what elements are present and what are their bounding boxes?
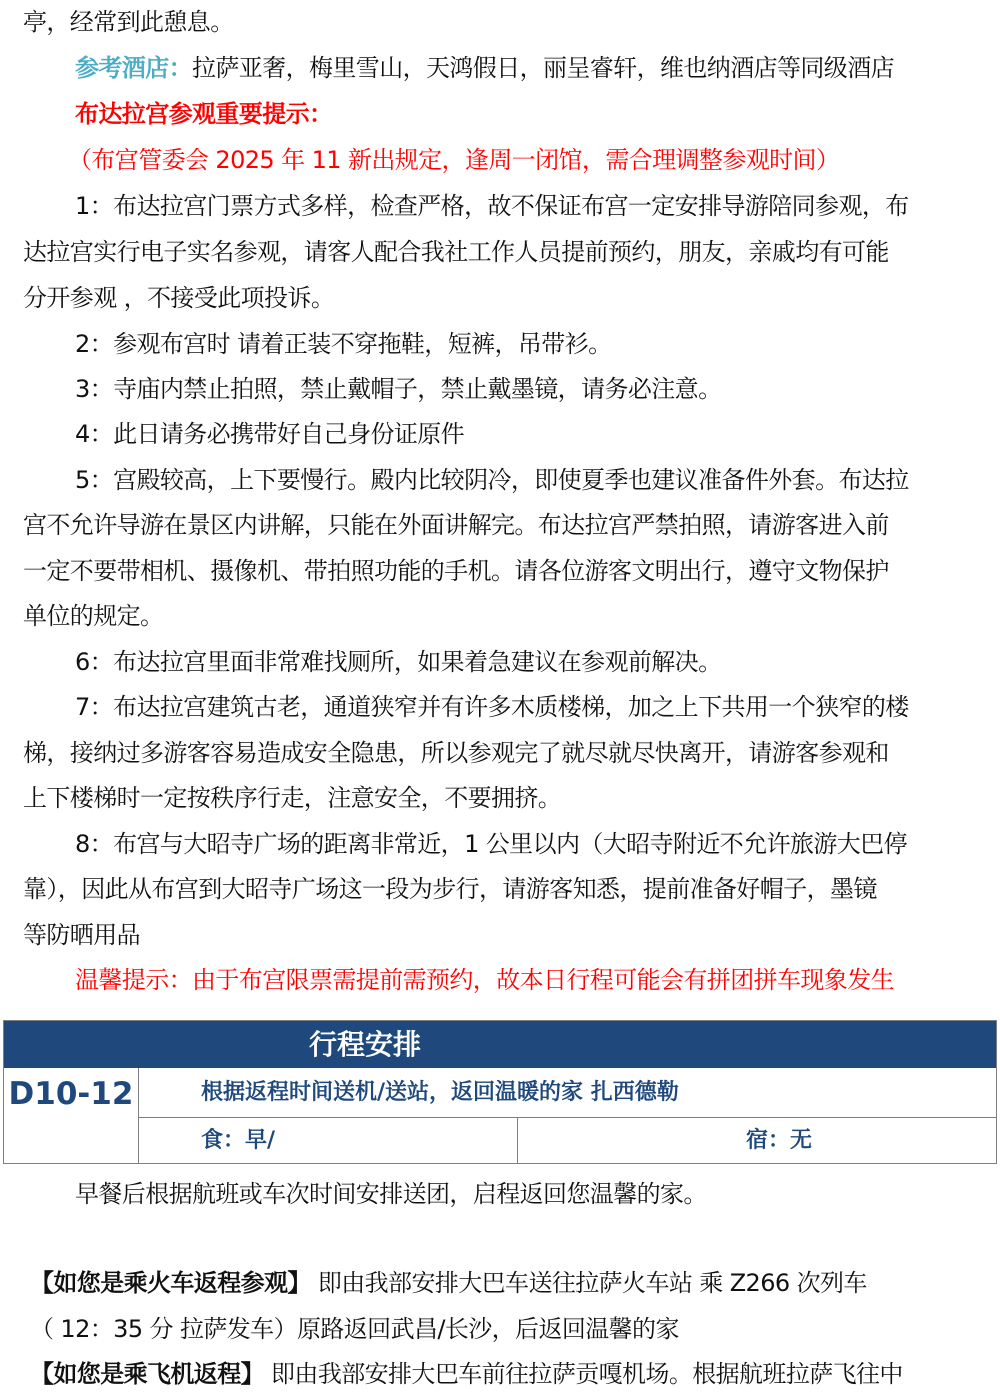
potala-notice-heading: 布达拉宫参观重要提示：	[0, 99, 1000, 129]
stay-cell: 宿：无	[518, 1118, 996, 1164]
itinerary-header-title: 行程安排	[309, 1021, 421, 1068]
day-title: 根据返程时间送机/送站，返回温暖的家 扎西德勒	[201, 1068, 679, 1118]
plane-return-text: 即由我部安排大巴车前往拉萨贡嘎机场。根据航班拉萨飞往中	[264, 1360, 903, 1388]
notice-line: 8：布宫与大昭寺广场的距离非常近，1 公里以内（大昭寺附近不允许旅游大巴停	[0, 829, 1000, 859]
warm-tip: 温馨提示：由于布宫限票需提前需预约，故本日行程可能会有拼团拼车现象发生	[0, 965, 1000, 995]
day-number: D10-12	[4, 1068, 139, 1164]
plane-return-line: 【如您是乘飞机返程】 即由我部安排大巴车前往拉萨贡嘎机场。根据航班拉萨飞往中	[0, 1359, 1000, 1389]
potala-rule-notice: （布宫管委会 2025 年 11 新出规定，逢周一闭馆，需合理调整参观时间）	[0, 145, 1000, 175]
notice-line: 单位的规定。	[0, 601, 1000, 631]
train-return-text: 即由我部安排大巴车送往拉萨火车站 乘 Z266 次列车	[311, 1269, 867, 1297]
notice-line: 4：此日请务必携带好自己身份证原件	[0, 419, 1000, 449]
meals-cell: 食：早/	[139, 1118, 518, 1164]
intro-tail-text: 亭，经常到此憩息。	[0, 7, 1000, 37]
day-description: 早餐后根据航班或车次时间安排送团，启程返回您温馨的家。	[0, 1179, 1000, 1209]
train-return-line-2: （ 12：35 分 拉萨发车）原路返回武昌/长沙，后返回温馨的家	[0, 1314, 1000, 1344]
notice-line: 1：布达拉宫门票方式多样，检查严格，故不保证布宫一定安排导游陪同参观，布	[0, 191, 1000, 221]
itinerary-table: 行程安排 D10-12 根据返程时间送机/送站，返回温暖的家 扎西德勒 食：早/…	[3, 1020, 997, 1164]
notice-line: 2：参观布宫时 请着正装不穿拖鞋，短裤，吊带衫。	[0, 329, 1000, 359]
plane-return-label: 【如您是乘飞机返程】	[30, 1360, 264, 1388]
day-title-cell: 根据返程时间送机/送站，返回温暖的家 扎西德勒	[139, 1068, 996, 1118]
notice-line: 达拉宫实行电子实名参观，请客人配合我社工作人员提前预约，朋友，亲戚均有可能	[0, 237, 1000, 267]
stay-text: 宿：无	[746, 1118, 812, 1164]
hotel-label: 参考酒店：	[75, 54, 192, 82]
notice-line: 等防晒用品	[0, 920, 1000, 950]
notice-line: 上下楼梯时一定按秩序行走，注意安全，不要拥挤。	[0, 783, 1000, 813]
train-return-label: 【如您是乘火车返程参观】	[30, 1269, 311, 1297]
notice-line: 一定不要带相机、摄像机、带拍照功能的手机。请各位游客文明出行，遵守文物保护	[0, 556, 1000, 586]
meals-text: 食：早/	[201, 1118, 275, 1164]
notice-line: 宫不允许导游在景区内讲解，只能在外面讲解完。布达拉宫严禁拍照，请游客进入前	[0, 510, 1000, 540]
notice-line: 靠），因此从布宫到大昭寺广场这一段为步行，请游客知悉，提前准备好帽子，墨镜	[0, 874, 1000, 904]
itinerary-header: 行程安排	[4, 1021, 996, 1068]
hotel-value: 拉萨亚奢，梅里雪山，天鸿假日，丽呈睿轩，维也纳酒店等同级酒店	[192, 54, 894, 82]
notice-line: 5：宫殿较高，上下要慢行。殿内比较阴冷，即使夏季也建议准备件外套。布达拉	[0, 465, 1000, 495]
notice-line: 分开参观 ，不接受此项投诉。	[0, 283, 1000, 313]
train-return-line: 【如您是乘火车返程参观】 即由我部安排大巴车送往拉萨火车站 乘 Z266 次列车	[0, 1268, 1000, 1298]
notice-line: 6：布达拉宫里面非常难找厕所，如果着急建议在参观前解决。	[0, 647, 1000, 677]
notice-line: 7：布达拉宫建筑古老，通道狭窄并有许多木质楼梯，加之上下共用一个狭窄的楼	[0, 692, 1000, 722]
hotel-line: 参考酒店：拉萨亚奢，梅里雪山，天鸿假日，丽呈睿轩，维也纳酒店等同级酒店	[0, 53, 1000, 83]
notice-line: 3：寺庙内禁止拍照，禁止戴帽子，禁止戴墨镜，请务必注意。	[0, 374, 1000, 404]
notice-line: 梯，接纳过多游客容易造成安全隐患，所以参观完了就尽就尽快离开，请游客参观和	[0, 738, 1000, 768]
